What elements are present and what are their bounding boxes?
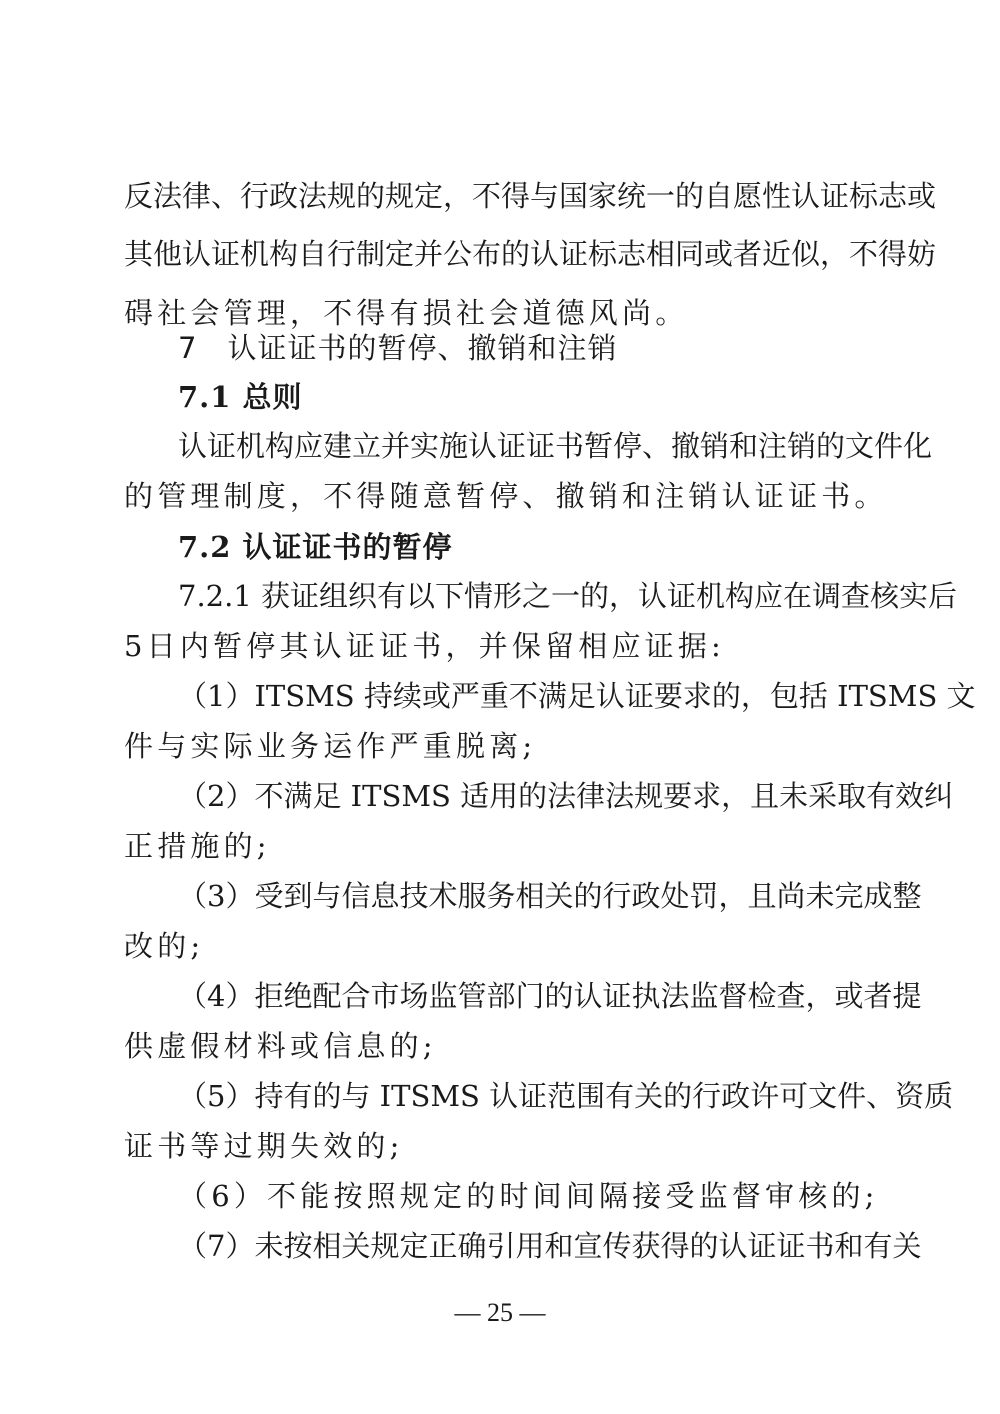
paragraph-line: 的管理制度，不得随意暂停、撤销和注销认证证书。 [124,476,876,516]
list-item-2-cont: 正措施的; [124,826,876,866]
list-item-2: （2）不满足 ITSMS 适用的法律法规要求，且未采取有效纠 [178,776,876,816]
list-item-3: （3）受到与信息技术服务相关的行政处罚，且尚未完成整 [178,876,876,916]
list-item-6: （6）不能按照规定的时间间隔接受监督审核的; [178,1176,876,1216]
document-page: 反法律、行政法规的规定，不得与国家统一的自愿性认证标志或 其他认证机构自行制定并… [0,0,1000,1414]
page-number: — 25 — [0,1297,1000,1329]
list-item-7: （7）未按相关规定正确引用和宣传获得的认证证书和有关 [178,1226,876,1266]
paragraph-line: 5日内暂停其认证证书，并保留相应证据: [124,626,876,666]
list-item-4: （4）拒绝配合市场监管部门的认证执法监督检查，或者提 [178,976,876,1016]
list-item-3-cont: 改的; [124,926,876,966]
paragraph-line: 其他认证机构自行制定并公布的认证标志相同或者近似，不得妨 [124,234,876,274]
subsection-heading-7-2: 7.2 认证证书的暂停 [178,527,876,567]
section-heading-7: 7 认证证书的暂停、撤销和注销 [178,328,876,368]
list-item-5: （5）持有的与 ITSMS 认证范围有关的行政许可文件、资质 [178,1076,876,1116]
paragraph-line: 反法律、行政法规的规定，不得与国家统一的自愿性认证标志或 [124,176,876,216]
list-item-5-cont: 证书等过期失效的; [124,1126,876,1166]
paragraph-line: 认证机构应建立并实施认证证书暂停、撤销和注销的文件化 [178,426,876,466]
paragraph-line: 7.2.1 获证组织有以下情形之一的，认证机构应在调查核实后 [178,576,876,616]
subsection-heading-7-1: 7.1 总则 [178,377,876,417]
list-item-1: （1）ITSMS 持续或严重不满足认证要求的，包括 ITSMS 文 [178,676,876,716]
list-item-4-cont: 供虚假材料或信息的; [124,1026,876,1066]
paragraph-line: 碍社会管理，不得有损社会道德风尚。 [124,293,876,333]
list-item-1-cont: 件与实际业务运作严重脱离; [124,726,876,766]
